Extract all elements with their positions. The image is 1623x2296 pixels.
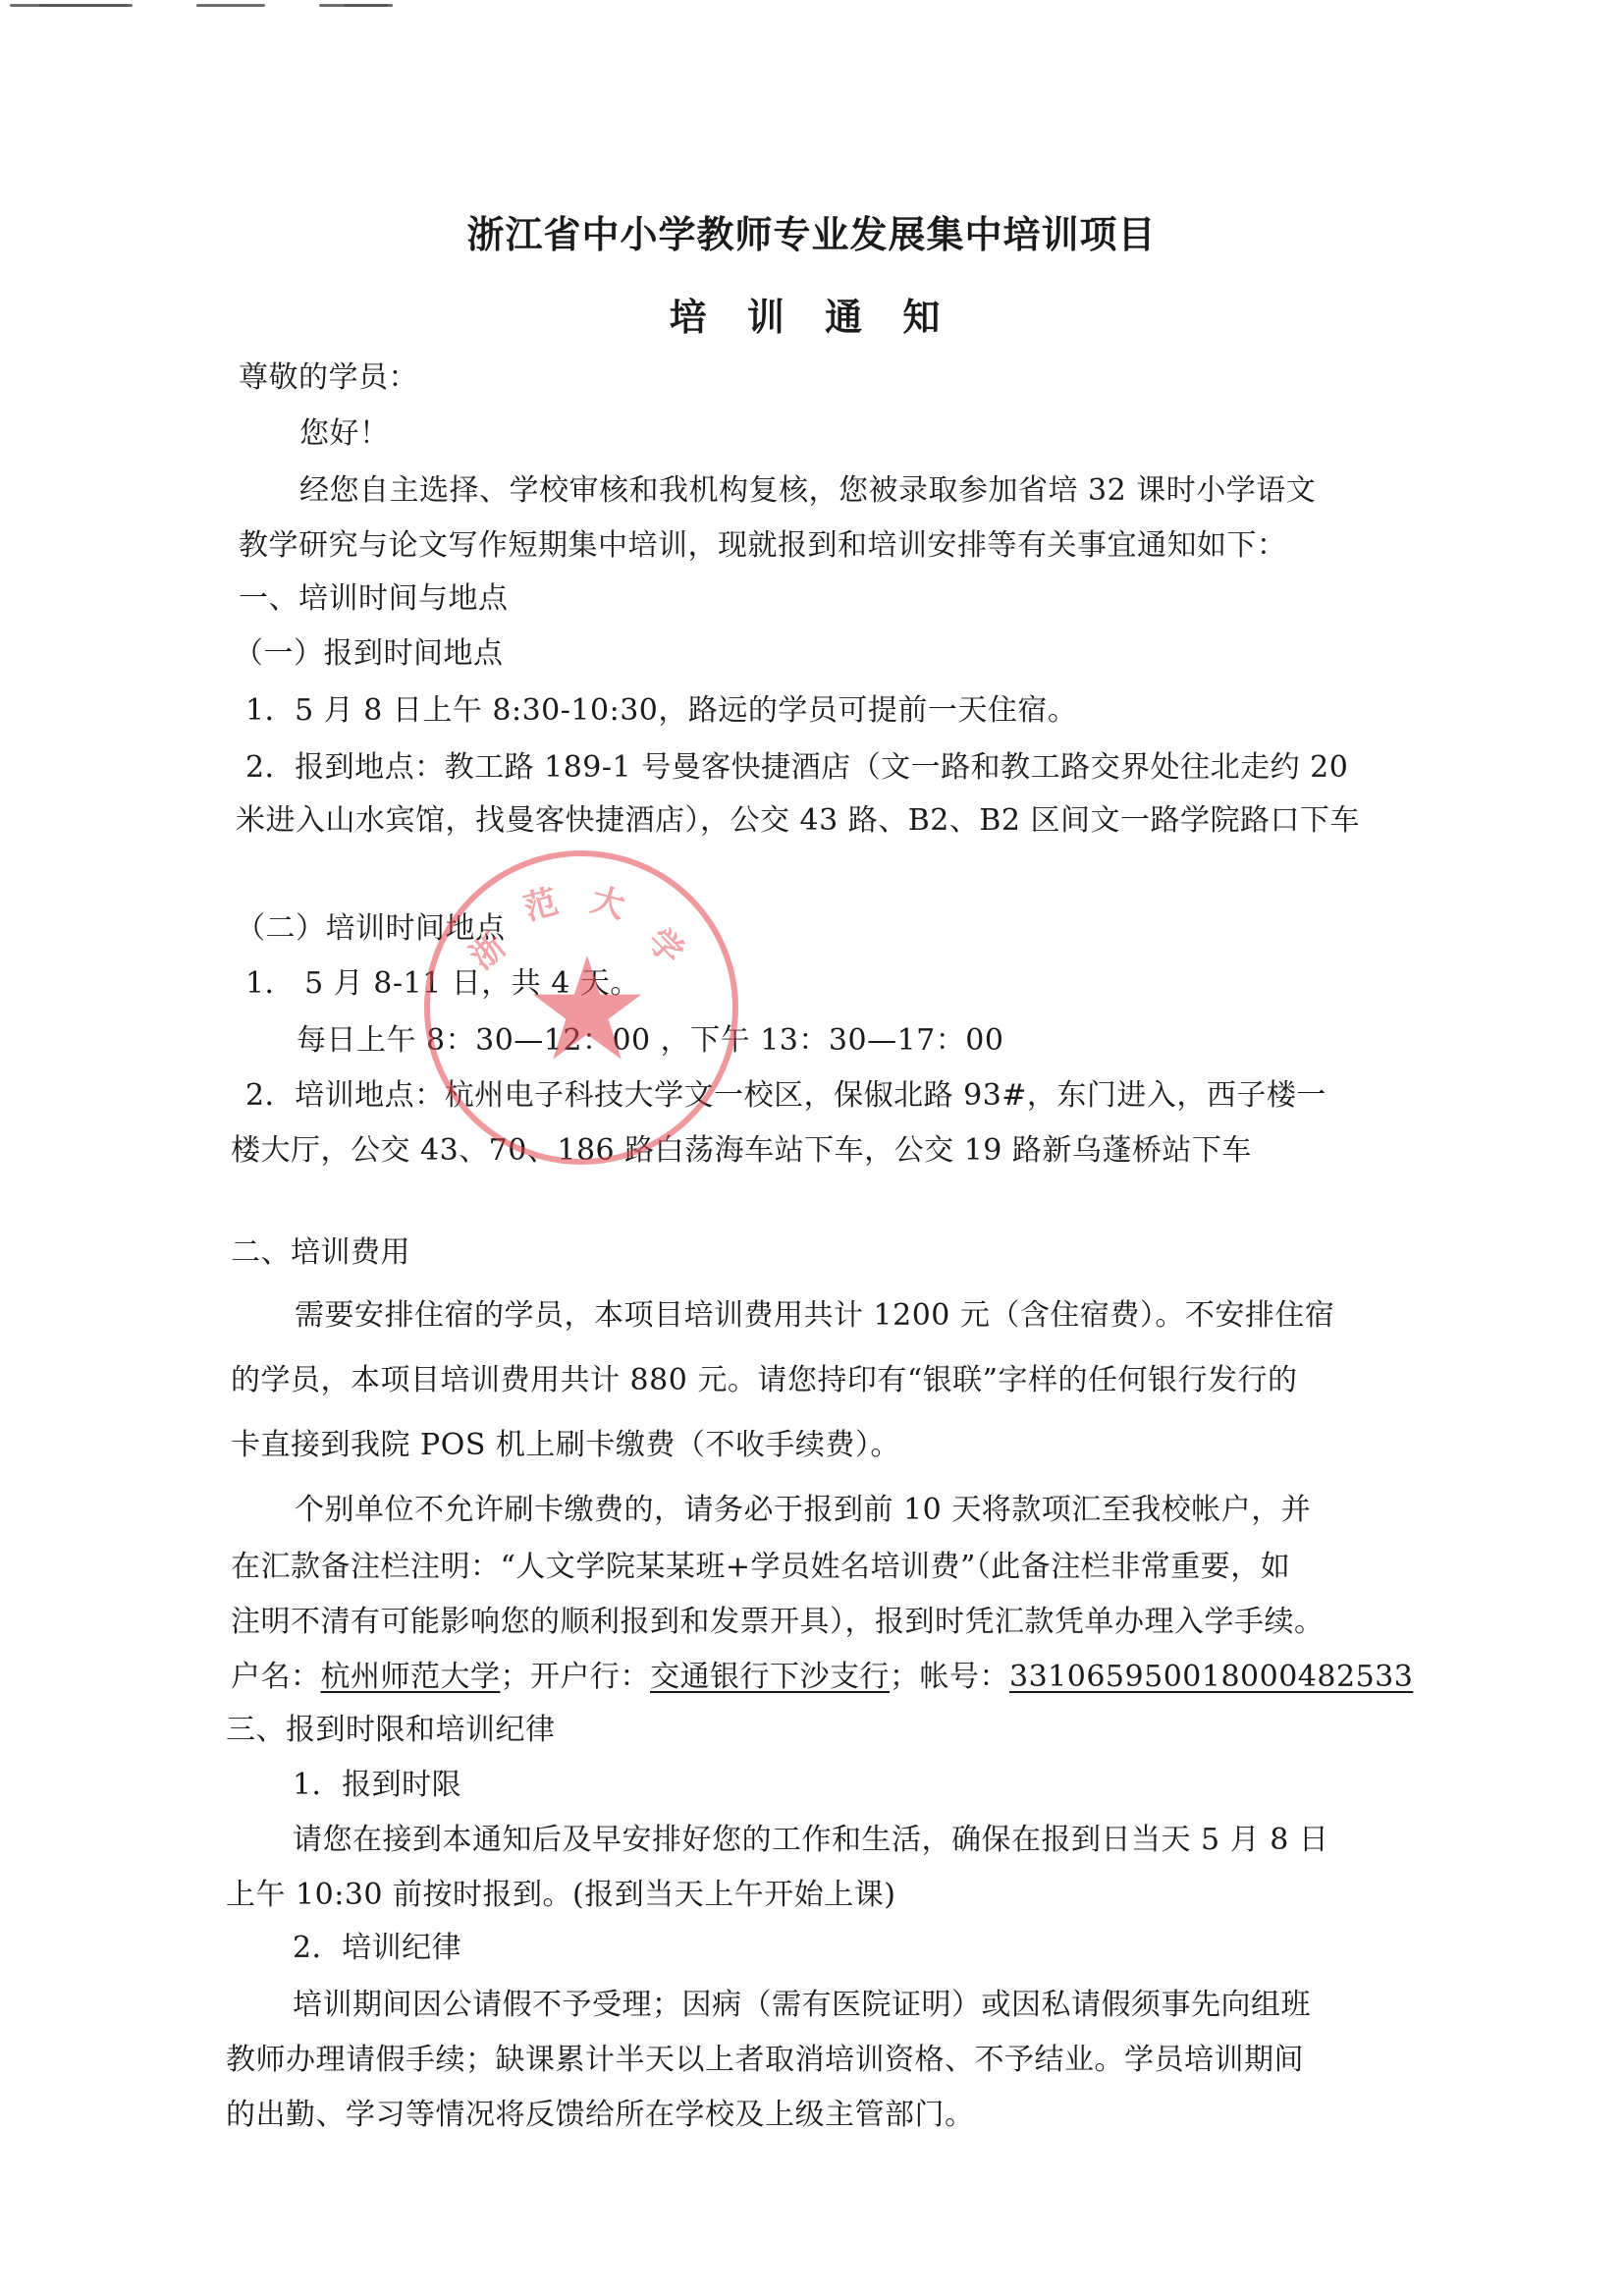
section2-para2-line1: 个别单位不允许刷卡缴费的，请务必于报到前 10 天将款项汇至我校帐户，并 bbox=[295, 1493, 1311, 1528]
section1-sub2-item2-line2: 楼大厅，公交 43、70、186 路白荡海车站下车，公交 19 路新乌蓬桥站下车 bbox=[231, 1133, 1252, 1169]
section3-sub2-para-line3: 的出勤、学习等情况将反馈给所在学校及上级主管部门。 bbox=[226, 2098, 975, 2133]
document-title: 浙江省中小学教师专业发展集中培训项目 bbox=[0, 204, 1623, 258]
section1-sub1-heading: （一）报到时间地点 bbox=[234, 636, 504, 672]
section1-sub1-item2-line2: 米进入山水宾馆，找曼客快捷酒店），公交 43 路、B2、B2 区间文一路学院路口… bbox=[236, 803, 1360, 839]
greeting: 您好！ bbox=[299, 416, 390, 452]
account-number: 331065950018000482533 bbox=[1009, 1660, 1413, 1694]
section1-sub2-item1: 1． 5 月 8-11 日，共 4 天。 bbox=[245, 966, 640, 1002]
section1-sub2-schedule: 每日上午 8：30—12：00 ，下午 13：30—17：00 bbox=[297, 1023, 1003, 1059]
section1-sub1-item1: 1．5 月 8 日上午 8:30-10:30，路远的学员可提前一天住宿。 bbox=[245, 693, 1077, 729]
account-name-label: 户名： bbox=[231, 1660, 321, 1694]
section1-sub2-item2-line1: 2．培训地点：杭州电子科技大学文一校区，保俶北路 93#，东门进入，西子楼一 bbox=[245, 1078, 1326, 1114]
section3-sub2-para-line2: 教师办理请假手续；缺课累计半天以上者取消培训资格、不予结业。学员培训期间 bbox=[226, 2043, 1304, 2078]
section1-sub2-heading: （二）培训时间地点 bbox=[236, 911, 506, 947]
section3-sub1-heading: 1．报到时限 bbox=[293, 1768, 461, 1803]
section3-sub2-para-line1: 培训期间因公请假不予受理；因病（需有医院证明）或因私请假须事先向组班 bbox=[293, 1988, 1311, 2023]
section2-para1-line3: 卡直接到我院 POS 机上刷卡缴费（不收手续费）。 bbox=[231, 1428, 900, 1463]
account-number-label: ；帐号： bbox=[890, 1660, 1009, 1694]
account-bank: 交通银行下沙支行 bbox=[650, 1660, 890, 1694]
official-seal: 浙 范 大 学 bbox=[424, 850, 738, 1165]
section1-sub1-item2-line1: 2．报到地点：教工路 189-1 号曼客快捷酒店（文一路和教工路交界处往北走约 … bbox=[245, 750, 1348, 786]
section2-para2-line3: 注明不清有可能影响您的顺利报到和发票开具），报到时凭汇款凭单办理入学手续。 bbox=[231, 1605, 1325, 1640]
scan-edge bbox=[0, 4, 1623, 8]
account-info: 户名：杭州师范大学；开户行：交通银行下沙支行；帐号：33106595001800… bbox=[231, 1660, 1413, 1695]
section3-sub1-para-line2: 上午 10:30 前按时报到。(报到当天上午开始上课) bbox=[226, 1878, 895, 1913]
section2-para1-line2: 的学员，本项目培训费用共计 880 元。请您持印有“银联”字样的任何银行发行的 bbox=[231, 1363, 1298, 1398]
account-name: 杭州师范大学 bbox=[321, 1660, 501, 1694]
intro-line-2: 教学研究与论文写作短期集中培训，现就报到和培训安排等有关事宜通知如下： bbox=[239, 528, 1287, 564]
section1-heading: 一、培训时间与地点 bbox=[239, 581, 509, 617]
section3-heading: 三、报到时限和培训纪律 bbox=[226, 1713, 556, 1748]
section3-sub2-heading: 2．培训纪律 bbox=[293, 1931, 461, 1966]
section3-sub1-para-line1: 请您在接到本通知后及早安排好您的工作和生活，确保在报到日当天 5 月 8 日 bbox=[293, 1823, 1328, 1858]
intro-line-1: 经您自主选择、学校审核和我机构复核，您被录取参加省培 32 课时小学语文 bbox=[299, 473, 1316, 509]
account-bank-label: ；开户行： bbox=[501, 1660, 651, 1694]
section2-para2-line2: 在汇款备注栏注明：“人文学院某某班+学员姓名培训费”（此备注栏非常重要，如 bbox=[231, 1550, 1290, 1585]
section2-heading: 二、培训费用 bbox=[231, 1235, 410, 1271]
salutation: 尊敬的学员： bbox=[239, 360, 418, 396]
document-subtitle: 培 训 通 知 bbox=[0, 287, 1623, 341]
section2-para1-line1: 需要安排住宿的学员，本项目培训费用共计 1200 元（含住宿费）。不安排住宿 bbox=[295, 1298, 1334, 1334]
